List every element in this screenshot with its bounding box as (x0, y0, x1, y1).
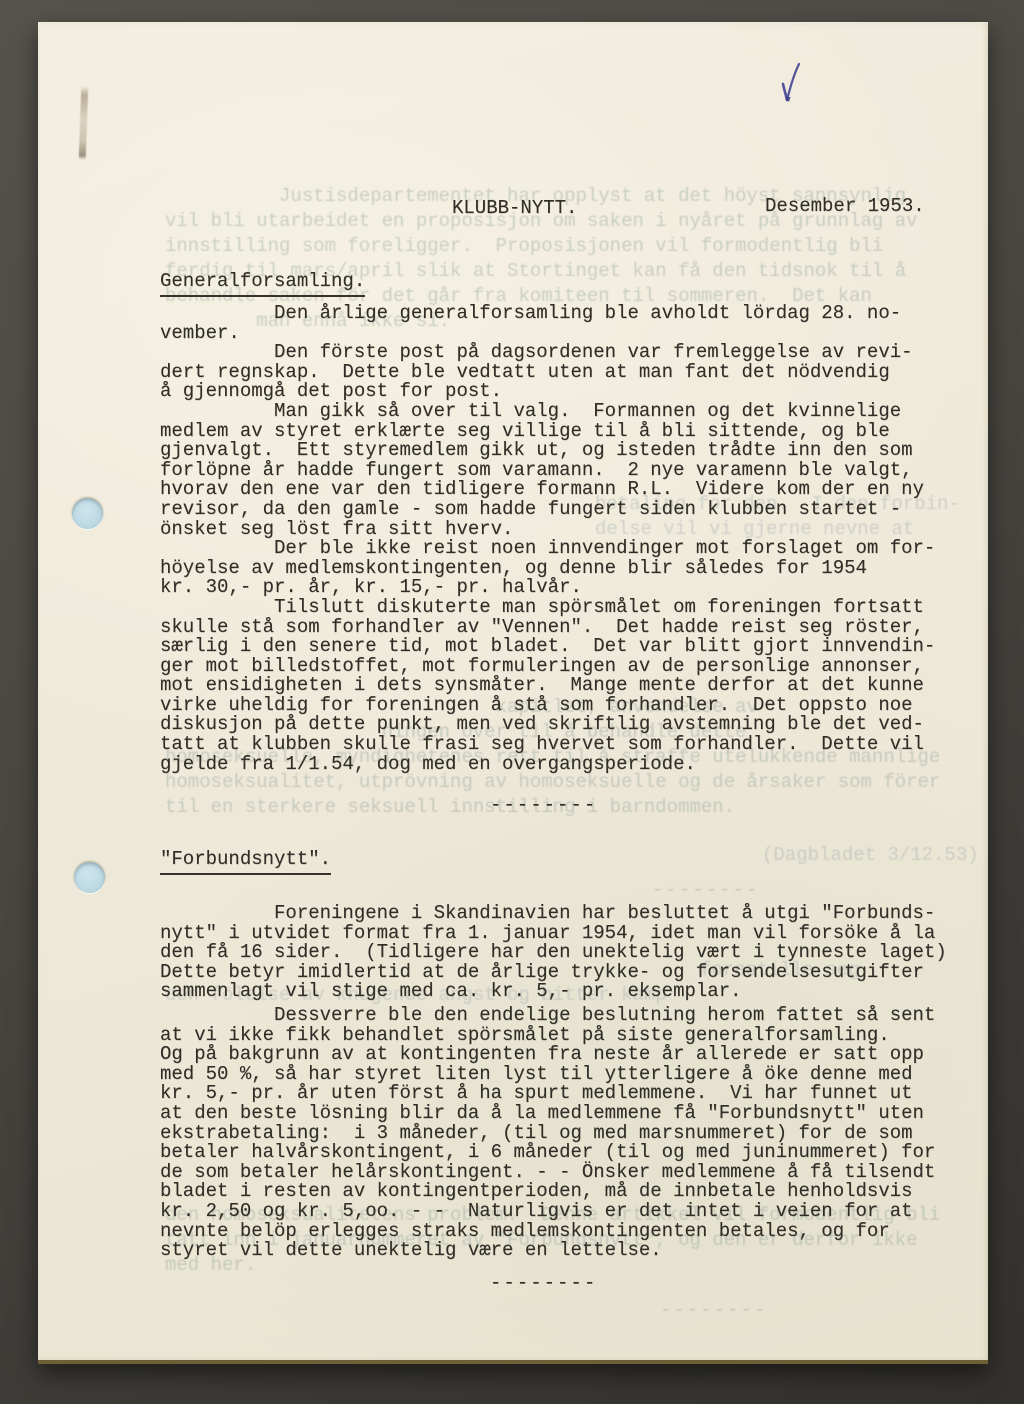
checkmark-ink (775, 62, 809, 110)
bleedthrough-source-note: (Dagbladet 3/12.53) (762, 843, 979, 868)
body-text-forbundsnytt-1: Foreningene i Skandinavien har besluttet… (160, 904, 947, 1002)
body-text-forbundsnytt-2: Dessverre ble den endelige beslutning he… (160, 1006, 935, 1261)
desk-background: Justisdepartementet har opplyst at det h… (0, 0, 1024, 1404)
heading-underline: Generalforsamling. (160, 270, 365, 297)
typed-divider: -------- (490, 1274, 597, 1294)
masthead-title: KLUBB-NYTT. (452, 199, 577, 219)
document-page: Justisdepartementet har opplyst at det h… (38, 22, 988, 1364)
bleedthrough-divider: -------- (660, 1298, 767, 1323)
masthead-date: Desember 1953. (765, 197, 925, 217)
heading-underline: "Forbundsnytt". (160, 848, 331, 875)
hole-punch-top (72, 498, 103, 529)
typed-divider: -------- (490, 796, 597, 816)
staple-mark (79, 86, 89, 160)
body-text-generalforsamling: Den årlige generalforsamling ble avholdt… (160, 304, 935, 774)
hole-punch-bottom (74, 862, 105, 893)
bleedthrough-divider: -------- (652, 878, 759, 903)
section-heading-forbundsnytt: "Forbundsnytt". (160, 850, 331, 870)
section-heading-generalforsamling: Generalforsamling. (160, 272, 365, 292)
